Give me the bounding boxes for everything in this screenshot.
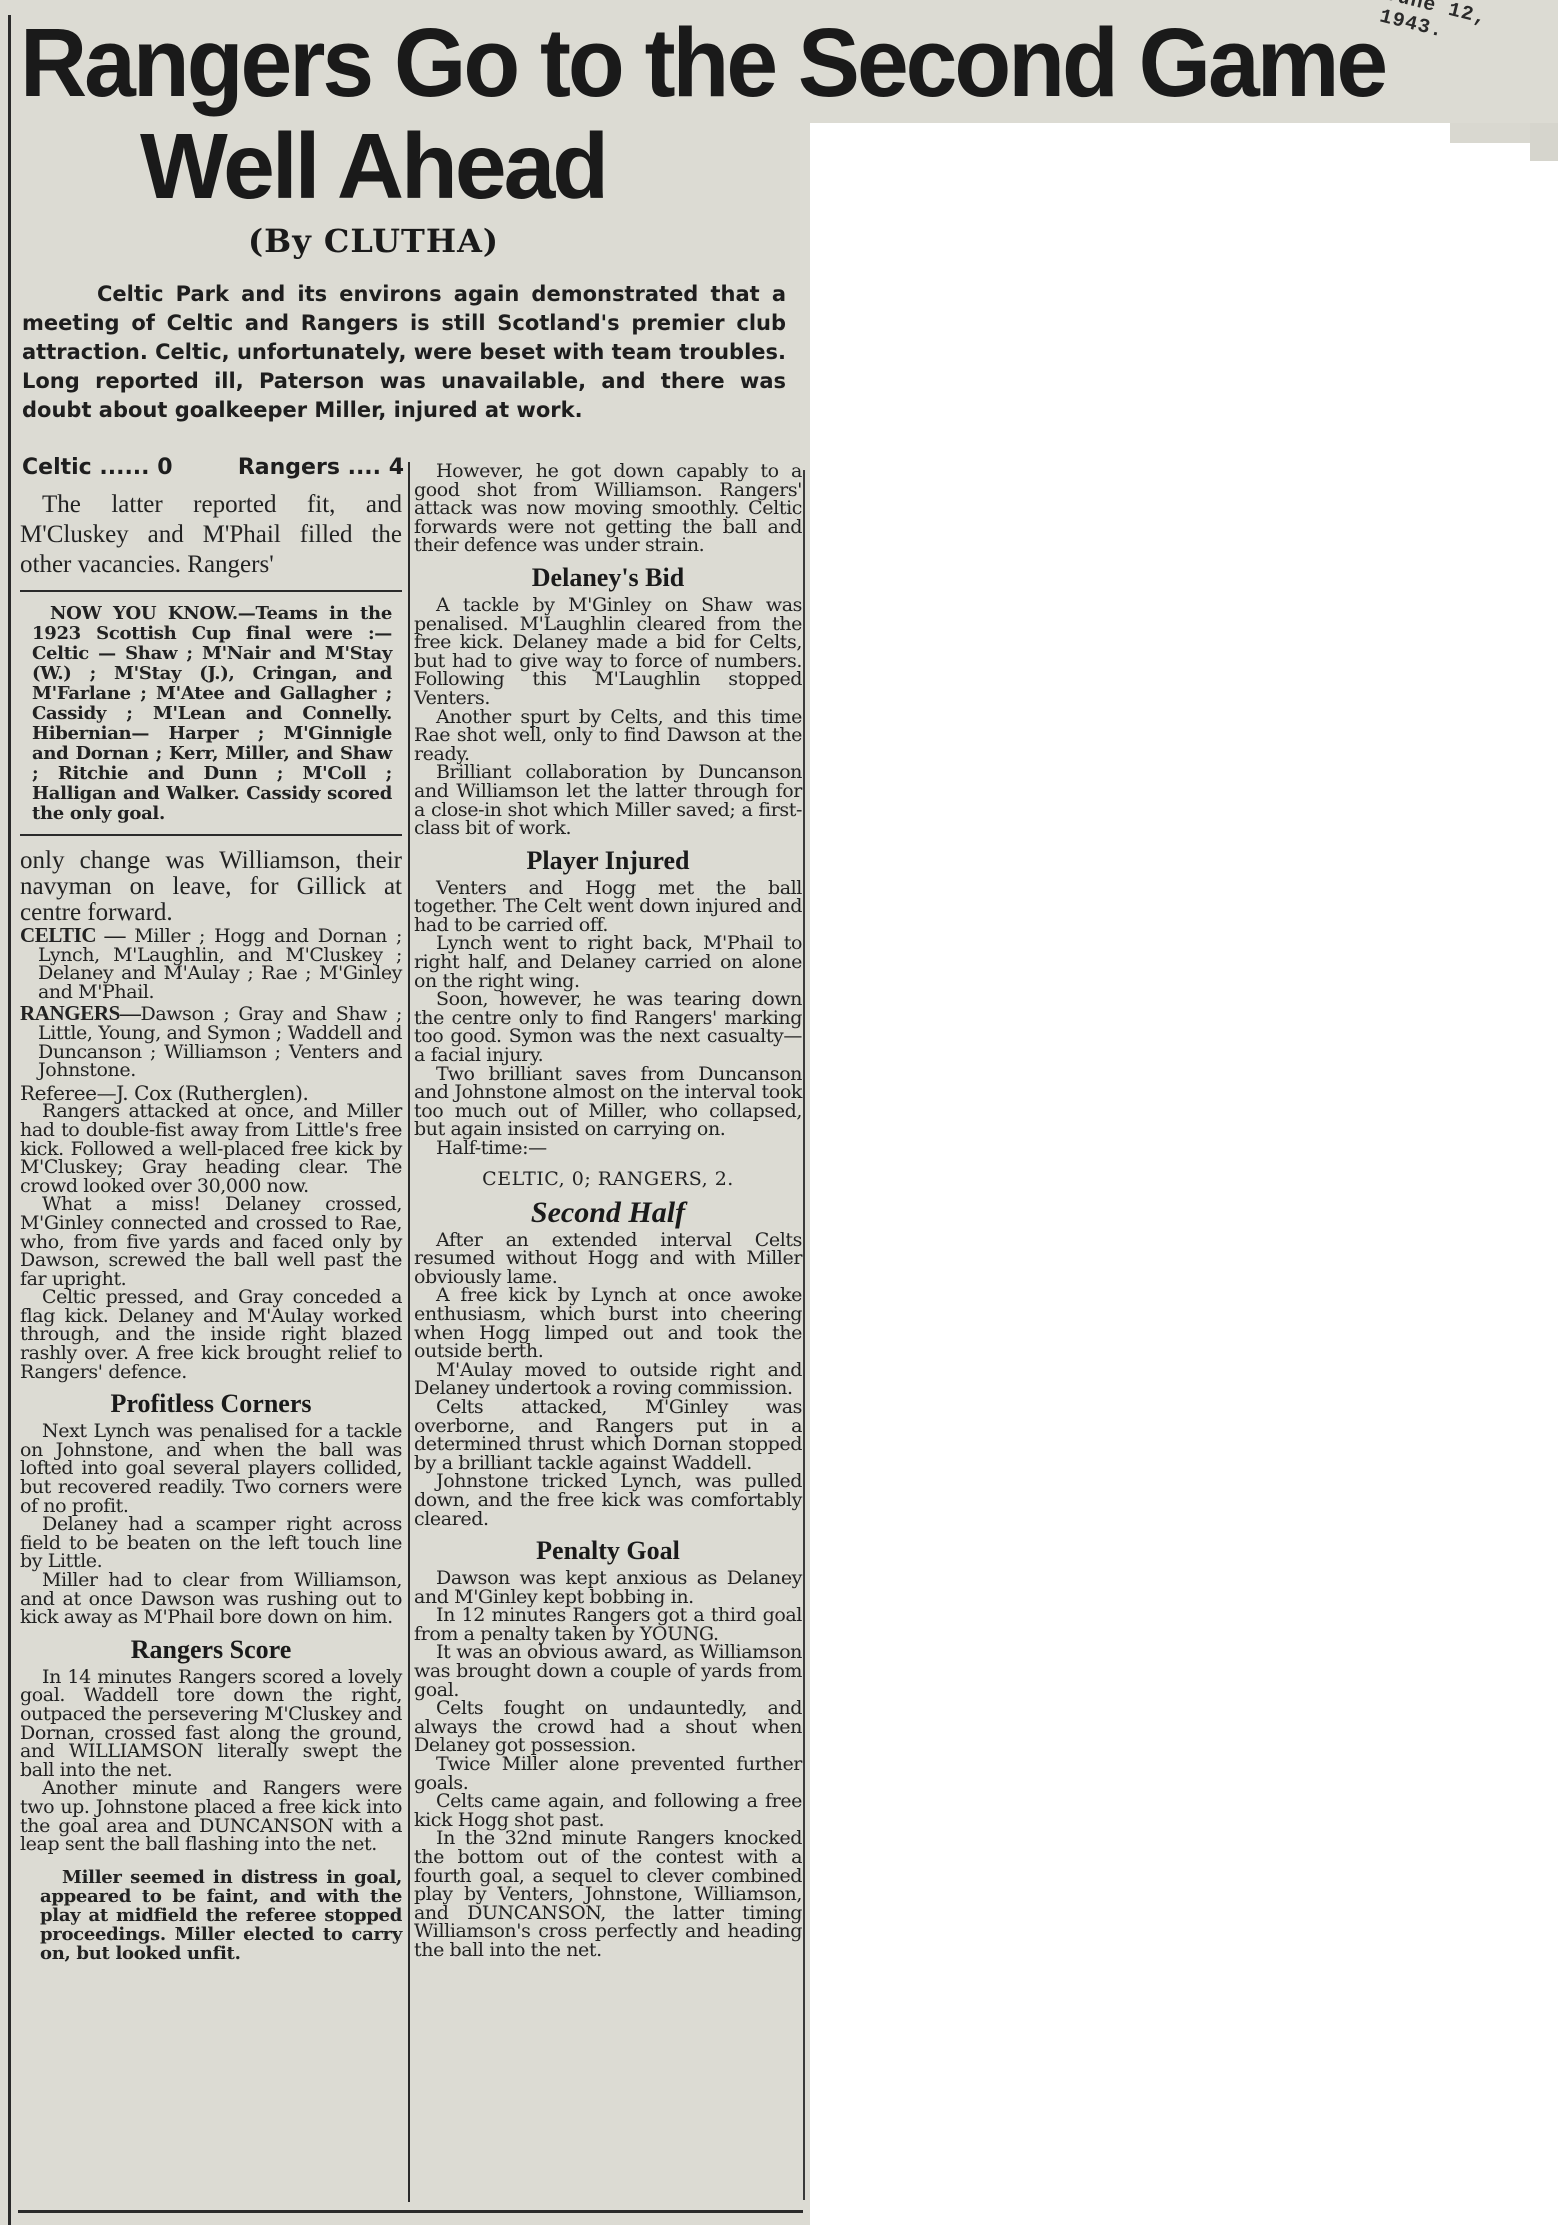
score-home: Celtic ...... 0 xyxy=(22,455,173,480)
column-divider xyxy=(408,462,410,2202)
paragraph: Two brilliant saves from Duncanson and J… xyxy=(414,1065,802,1139)
paragraph: Miller had to clear from Williamson, and… xyxy=(20,1571,402,1627)
column-edge xyxy=(803,470,805,2200)
paragraph: In 12 minutes Rangers got a third goal f… xyxy=(414,1606,802,1643)
subheading: Rangers Score xyxy=(20,1635,402,1665)
paragraph: Celts came again, and following a free k… xyxy=(414,1792,802,1829)
paragraph: Soon, however, he was tearing down the c… xyxy=(414,990,802,1064)
paragraph: It was an obvious award, as Williamson w… xyxy=(414,1643,802,1699)
paragraph: M'Aulay moved to outside right and Delan… xyxy=(414,1361,802,1398)
half-time-score: CELTIC, 0; RANGERS, 2. xyxy=(414,1168,802,1190)
paragraph: Celts attacked, M'Ginley was overborne, … xyxy=(414,1398,802,1472)
subheading: Profitless Corners xyxy=(20,1389,402,1419)
continued-paragraph: only change was Williamson, their navyma… xyxy=(20,848,402,926)
blank-area xyxy=(810,123,1558,2225)
paragraph: Twice Miller alone prevented further goa… xyxy=(414,1755,802,1792)
paragraph: Another spurt by Celts, and this time Ra… xyxy=(414,708,802,764)
paragraph: Brilliant collaboration by Duncanson and… xyxy=(414,763,802,837)
paragraph: Half-time:— xyxy=(414,1139,802,1158)
left-column: The latter reported fit, and M'Cluskey a… xyxy=(20,490,402,1963)
paragraph: After an extended interval Celts resumed… xyxy=(414,1231,802,1287)
subheading: Second Half xyxy=(414,1198,802,1228)
paragraph: In 14 minutes Rangers scored a lovely go… xyxy=(20,1668,402,1780)
paragraph: Dawson was kept anxious as Delaney and M… xyxy=(414,1569,802,1606)
paragraph: A free kick by Lynch at once awoke enthu… xyxy=(414,1286,802,1360)
now-you-know-box: NOW YOU KNOW.—Teams in the 1923 Scottish… xyxy=(20,590,402,836)
paragraph: However, he got down capably to a good s… xyxy=(414,462,802,555)
paragraph: Venters and Hogg met the ball together. … xyxy=(414,879,802,935)
paragraph: Delaney had a scamper right across field… xyxy=(20,1515,402,1571)
final-score: Celtic ...... 0 Rangers .... 4 xyxy=(22,455,404,480)
celtic-lineup: CELTIC — Miller ; Hogg and Dornan ; Lync… xyxy=(20,926,402,1001)
paragraph: Celts fought on undauntedly, and always … xyxy=(414,1699,802,1755)
right-column: However, he got down capably to a good s… xyxy=(414,462,802,1960)
paragraph: In the 32nd minute Rangers knocked the b… xyxy=(414,1829,802,1959)
rangers-lineup: RANGERS—Dawson ; Gray and Shaw ; Little,… xyxy=(20,1004,402,1079)
paragraph: What a miss! Delaney crossed, M'Ginley c… xyxy=(20,1195,402,1288)
paragraph: A tackle by M'Ginley on Shaw was penalis… xyxy=(414,596,802,708)
subheading: Delaney's Bid xyxy=(414,563,802,593)
paragraph: Next Lynch was penalised for a tackle on… xyxy=(20,1422,402,1515)
lead-paragraph: The latter reported fit, and M'Cluskey a… xyxy=(20,490,402,580)
paragraph: Lynch went to right back, M'Phail to rig… xyxy=(414,934,802,990)
bottom-rule xyxy=(18,2210,803,2213)
bold-paragraph: Miller seemed in distress in goal, appea… xyxy=(20,1868,402,1963)
paper-edge xyxy=(1530,123,1558,161)
subheading: Penalty Goal xyxy=(414,1536,802,1566)
subheading: Player Injured xyxy=(414,846,802,876)
column-rule xyxy=(8,15,11,2225)
intro-paragraph: Celtic Park and its environs again demon… xyxy=(22,280,786,425)
paragraph: Johnstone tricked Lynch, was pulled down… xyxy=(414,1472,802,1528)
paragraph: Rangers attacked at once, and Miller had… xyxy=(20,1102,402,1195)
paragraph: Another minute and Rangers were two up. … xyxy=(20,1779,402,1853)
byline: (By CLUTHA) xyxy=(248,222,499,260)
headline-line-2: Well Ahead xyxy=(140,120,606,213)
headline: Rangers Go to the Second Game xyxy=(20,14,1385,112)
score-away: Rangers .... 4 xyxy=(238,455,404,480)
paragraph: Celtic pressed, and Gray conceded a flag… xyxy=(20,1288,402,1381)
